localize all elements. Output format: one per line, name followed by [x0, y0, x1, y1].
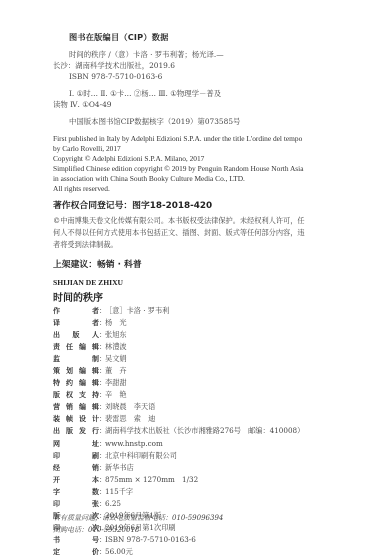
credit-value: 北京中科印刷有限公司 — [105, 450, 177, 462]
credit-label: 装帧设计 — [53, 413, 99, 425]
credit-value: 李甜甜 — [105, 377, 127, 389]
credit-label: 印刷 — [53, 450, 99, 462]
credit-row: 印刷：北京中科印刷有限公司 — [53, 450, 304, 462]
credit-value: 875mm × 1270mm 1/32 — [105, 474, 198, 486]
credit-label: 责任编辑 — [53, 341, 99, 353]
credit-row: 印张：6.25 — [53, 498, 304, 510]
credit-row: 出版人：张旭东 — [53, 329, 304, 341]
legal-notice-line: 者将受到法律制裁。 — [53, 239, 118, 251]
credit-label: 出版人 — [53, 329, 99, 341]
cip-publisher-line: 长沙：湖南科学技术出版社，2019.6 — [53, 60, 175, 71]
credit-row: 定价：56.00元 — [53, 546, 304, 555]
credit-row: 经销：新华书店 — [53, 462, 304, 474]
cip-classification-line: Ⅰ. ①时… Ⅱ. ①卡… ②杨… Ⅲ. ①物理学－普及 — [69, 88, 221, 99]
credit-label: 译者 — [53, 317, 99, 329]
copyright-registration: 著作权合同登记号：图字18-2018-420 — [53, 198, 212, 211]
credit-label: 经销 — [53, 462, 99, 474]
english-rights-line: All rights reserved. — [53, 183, 110, 194]
credit-label: 策划编辑 — [53, 365, 99, 377]
credit-value: 张旭东 — [105, 329, 127, 341]
cip-title-line: 时间的秩序 /（意）卡洛 · 罗韦利著；杨光译.— — [69, 49, 224, 60]
credit-label: 营销编辑 — [53, 401, 99, 413]
shelf-suggestion: 上架建议：畅销 · 科普 — [53, 257, 142, 270]
legal-notice-line: ©中南博集天卷文化传媒有限公司。本书版权受法律保护。未经权利人许可，任 — [53, 215, 305, 227]
title-pinyin: SHIJIAN DE ZHIXU — [53, 278, 123, 287]
credit-value: 115千字 — [105, 486, 133, 498]
credit-row: 网址：www.hnstp.com — [53, 438, 304, 450]
credit-value: 6.25 — [105, 498, 121, 510]
credit-row: 监制：吴文娟 — [53, 353, 304, 365]
credit-row: 版权支持：辛 艳 — [53, 389, 304, 401]
credit-row: 作者：［意］卡洛 · 罗韦利 — [53, 305, 304, 317]
credit-value: ［意］卡洛 · 罗韦利 — [105, 305, 169, 317]
credit-row: 策划编辑：董 卉 — [53, 365, 304, 377]
credit-label: 开本 — [53, 474, 99, 486]
quality-hotline: 若有质量问题，请致电质量监督电话：010-59096394 — [53, 512, 223, 524]
cip-verification-number: 中国版本图书馆CIP数据核字（2019）第073585号 — [69, 116, 240, 127]
credit-label: 出版发行 — [53, 425, 99, 437]
credit-row: 特约编辑：李甜甜 — [53, 377, 304, 389]
credit-value: 林澧波 — [105, 341, 127, 353]
credit-value: www.hnstp.com — [105, 438, 163, 450]
legal-notice-line: 何人不得以任何方式使用本书包括正文、插图、封面、版式等任何部分内容，违 — [53, 227, 305, 239]
credit-label: 字数 — [53, 486, 99, 498]
credit-row: 营销编辑：刘晓晨 李天语 — [53, 401, 304, 413]
credit-label: 版权支持 — [53, 389, 99, 401]
cip-isbn-line: ISBN 978-7-5710-0163-6 — [69, 71, 162, 82]
copyright-page: 图书在版编目（CIP）数据 时间的秩序 /（意）卡洛 · 罗韦利著；杨光译.— … — [0, 0, 375, 555]
credit-row: 字数：115千字 — [53, 486, 304, 498]
credit-label: 网址 — [53, 438, 99, 450]
cip-heading: 图书在版编目（CIP）数据 — [69, 32, 169, 43]
credit-label: 定价 — [53, 546, 99, 555]
credit-value: 杨 光 — [105, 317, 127, 329]
credit-row: 开本：875mm × 1270mm 1/32 — [53, 474, 304, 486]
credit-row: 责任编辑：林澧波 — [53, 341, 304, 353]
credit-value: 辛 艳 — [105, 389, 127, 401]
credit-label: 作者 — [53, 305, 99, 317]
credit-label: 监制 — [53, 353, 99, 365]
credit-label: 特约编辑 — [53, 377, 99, 389]
credit-row: 装帧设计：裴雷思 索 迪 — [53, 413, 304, 425]
credit-value: 吴文娟 — [105, 353, 127, 365]
credit-value: 56.00元 — [105, 546, 133, 555]
credit-value: 湖南科学技术出版社（长沙市湘雅路276号 邮编：410008） — [105, 425, 304, 437]
credit-value: 裴雷思 索 迪 — [105, 413, 155, 425]
cip-classification-line: 读物 Ⅳ. ①O4-49 — [53, 99, 112, 110]
credit-row: 译者：杨 光 — [53, 317, 304, 329]
title-chinese: 时间的秩序 — [53, 289, 103, 304]
credit-row: 出版发行：湖南科学技术出版社（长沙市湘雅路276号 邮编：410008） — [53, 425, 304, 437]
group-purchase-phone: 团购电话：010-59320018 — [53, 524, 139, 536]
credit-value: 董 卉 — [105, 365, 127, 377]
credit-label: 印张 — [53, 498, 99, 510]
credit-value: 刘晓晨 李天语 — [105, 401, 155, 413]
credit-value: 新华书店 — [105, 462, 134, 474]
